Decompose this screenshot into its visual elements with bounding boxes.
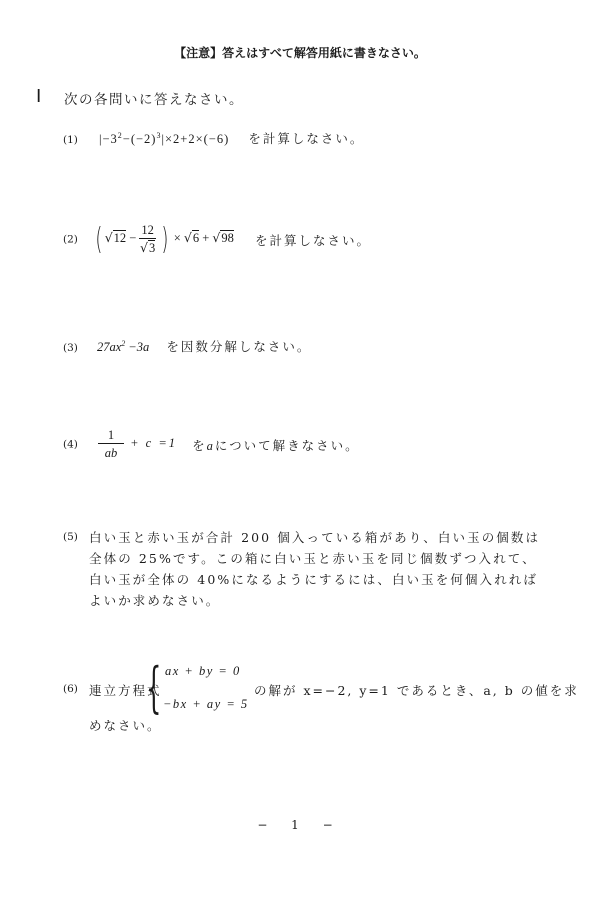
question-5-label: (5) [63, 531, 78, 543]
question-6-tail: の解が x=−2, y=1 であるとき、a, b の値を求 [254, 681, 579, 699]
expression: |−32−(−2)3|×2+2×(−6) [99, 132, 229, 146]
question-4: (4) 1ab + c =1 をaについて解きなさい。 [63, 427, 360, 462]
question-instruction: を計算しなさい。 [248, 131, 364, 146]
expression: 1ab + c =1 [95, 436, 180, 450]
section-instruction: 次の各問いに答えなさい。 [64, 88, 244, 108]
question-instruction: をaについて解きなさい。 [192, 438, 360, 453]
equation-1: ax + by = 0 [165, 664, 241, 679]
question-6-label: (6) [63, 683, 78, 695]
notice-header: 【注意】答えはすべて解答用紙に書きなさい。 [0, 44, 600, 61]
question-instruction: を計算しなさい。 [255, 233, 371, 248]
page-number: − 1 − [0, 818, 600, 832]
equation-2: −bx + ay = 5 [163, 697, 249, 712]
question-6-tail-line2: めなさい。 [89, 716, 162, 734]
question-label: (3) [63, 342, 78, 354]
question-instruction: を因数分解しなさい。 [166, 339, 311, 354]
expression: 27ax2−3a [97, 340, 149, 354]
brace-symbol: { [146, 658, 161, 718]
question-3: (3) 27ax2−3a を因数分解しなさい。 [63, 336, 311, 355]
question-1: (1) |−32−(−2)3|×2+2×(−6) を計算しなさい。 [63, 128, 364, 147]
question-label: (4) [63, 439, 78, 451]
section-number: Ⅰ [36, 86, 41, 107]
question-label: (1) [63, 134, 78, 146]
expression: (√12 −12√3) × √6 + √98 [93, 231, 237, 245]
question-2: (2) (√12 −12√3) × √6 + √98 を計算しなさい。 [63, 222, 371, 257]
question-5-text: 白い玉と赤い玉が合計 200 個入っている箱があり、白い玉の個数は全体の 25%… [89, 527, 551, 611]
question-label: (2) [63, 234, 78, 246]
